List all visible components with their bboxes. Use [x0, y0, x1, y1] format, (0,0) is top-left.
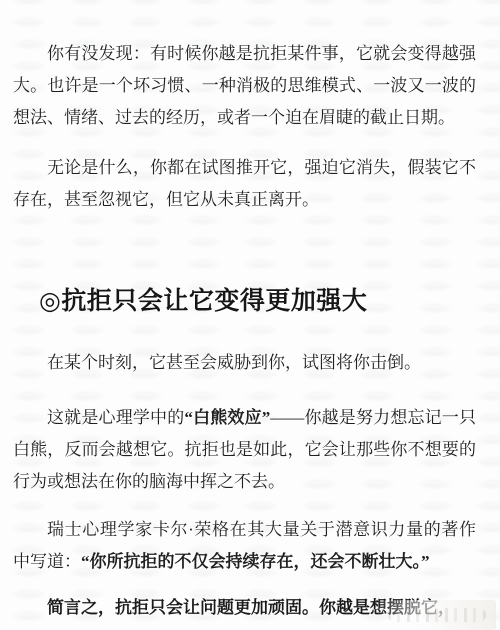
white-bear-effect-term: “白熊效应”: [184, 408, 270, 427]
paragraph-push-away: 无论是什么，你都在试图推开它，强迫它消失，假装它不存在，甚至忽视它，但它从未真正…: [13, 152, 476, 216]
paragraph-white-bear-pre: 这就是心理学中的: [47, 408, 184, 427]
jung-quote-text: “你所抗拒的不仅会持续存在，还会不断壮大。”: [81, 552, 430, 571]
paragraph-threaten: 在某个时刻，它甚至会威胁到你，试图将你击倒。: [13, 347, 476, 379]
section-heading-resistance-grows: ◎抗拒只会让它变得更加强大: [13, 284, 476, 320]
paragraph-conclusion: 简言之，抗拒只会让问题更加顽固。你越是想摆脱它，: [13, 592, 476, 624]
paragraph-notice-resistance: 你有没发现：有时候你越是抗拒某件事，它就会变得越强大。也许是一个坏习惯、一种消极…: [13, 38, 476, 134]
paragraph-white-bear: 这就是心理学中的“白熊效应”——你越是努力想忘记一只白熊，反而会越想它。抗拒也是…: [13, 402, 476, 498]
article-page: 你有没发现：有时候你越是抗拒某件事，它就会变得越强大。也许是一个坏习惯、一种消极…: [0, 0, 500, 624]
paragraph-jung-quote: 瑞士心理学家卡尔·荣格在其大量关于潜意识力量的著作中写道：“你所抗拒的不仅会持续…: [13, 514, 476, 578]
